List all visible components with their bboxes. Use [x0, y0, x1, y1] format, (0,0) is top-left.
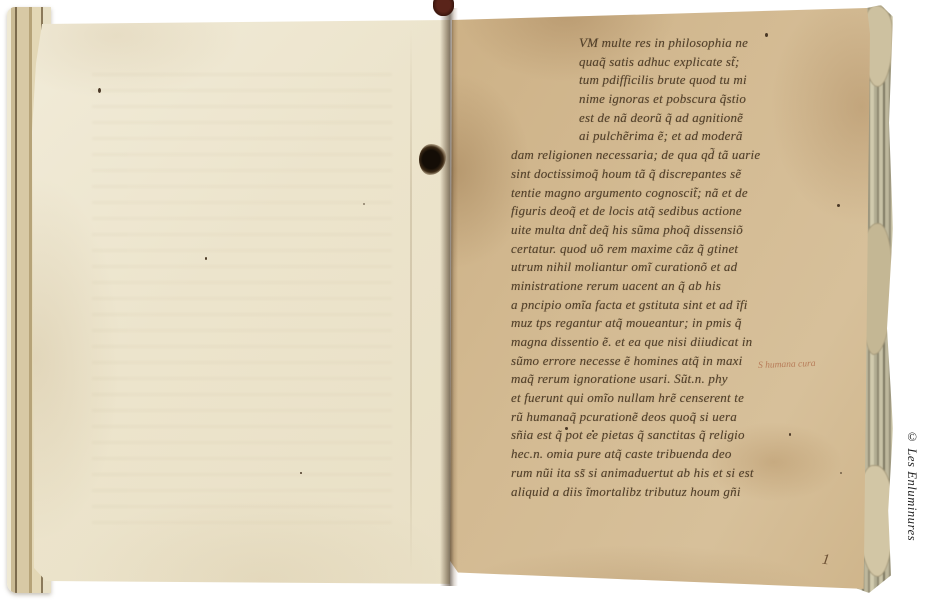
- flyspeck: [363, 203, 365, 205]
- gutter-shadow: [440, 8, 458, 586]
- text-line: magna dissentio ẽ. et ea que nisi diiudi…: [511, 333, 779, 352]
- text-line: ai pulchẽrima ẽ; et ad moderã: [511, 127, 779, 146]
- text-line: tum pdifficilis brute quod tu mi: [511, 71, 779, 90]
- folio-number: 1: [821, 552, 831, 570]
- text-line: sñia est q̃ pot ee pietas q̃ sanctitas q…: [511, 426, 779, 445]
- flyspeck: [592, 430, 594, 432]
- text-line: hec.n. omia pure atq̃ caste tribuenda de…: [511, 445, 779, 464]
- marginal-note: S humana cura: [758, 359, 816, 371]
- flyspeck: [840, 472, 842, 474]
- flyspeck: [205, 257, 207, 260]
- text-line: dam religionen necessaria; de qua qd̃ tã…: [511, 146, 779, 165]
- text-showthrough: [92, 73, 392, 533]
- text-line: uite multa dnt̃ deq̃ his sũma phoq̃ diss…: [511, 221, 779, 240]
- page-crease: [410, 28, 412, 573]
- flyspeck: [565, 427, 568, 430]
- text-line: VM multe res in philosophia ne: [511, 34, 779, 53]
- text-line: tentie magno argumento cognoscit̃; nã et…: [511, 184, 779, 203]
- flyspeck: [98, 88, 101, 93]
- text-line: sũmo errore necesse ẽ homines atq̃ in ma…: [511, 352, 779, 371]
- text-line: ministratione rerum uacent an q̃ ab his: [511, 277, 779, 296]
- text-line: figuris deoq̃ et de locis atq̃ sedibus a…: [511, 202, 779, 221]
- flyspeck: [789, 433, 791, 436]
- text-line: sint doctissimoq̃ houm tã q̃ discrepante…: [511, 165, 779, 184]
- flyspeck: [837, 204, 840, 207]
- text-line: quaq̃ satis adhuc explicate st̃;: [511, 53, 779, 72]
- text-line: maq̃ rerum ignoratione usari. Sũt.n. phy: [511, 370, 779, 389]
- text-line: muz tps regantur atq̃ moueantur; in pmis…: [511, 314, 779, 333]
- photo-stage: VM multe res in philosophia ne quaq̃ sat…: [0, 0, 929, 600]
- text-line: est de nã deorũ q̃ ad agnitionẽ: [511, 109, 779, 128]
- flyspeck: [300, 472, 302, 474]
- text-line: nime ignoras et pobscura q̃stio: [511, 90, 779, 109]
- left-page-blank: [32, 18, 450, 585]
- manuscript-book: VM multe res in philosophia ne quaq̃ sat…: [0, 0, 929, 600]
- text-line: certatur. quod uõ rem maxime cãz q̃ gtin…: [511, 240, 779, 259]
- text-line: rum nũi ita ss̃ si animaduertut ab his e…: [511, 464, 779, 483]
- headband: [433, 0, 454, 16]
- text-line: rũ humanaq̃ pcurationẽ deos quoq̃ si uer…: [511, 408, 779, 427]
- text-line: a pncipio omĩa facta et gstituta sint et…: [511, 296, 779, 315]
- flyspeck: [765, 33, 768, 37]
- right-page: VM multe res in philosophia ne quaq̃ sat…: [450, 8, 870, 590]
- manuscript-text-block: VM multe res in philosophia ne quaq̃ sat…: [511, 34, 779, 501]
- text-line: utrum nihil moliantur omĩ curationõ et a…: [511, 258, 779, 277]
- text-line: et fuerunt qui omĩo nullam hrẽ censerent…: [511, 389, 779, 408]
- copyright-watermark: © Les Enluminures: [897, 430, 919, 596]
- text-line: aliquid a diis ĩmortalibz tributuz houm …: [511, 483, 779, 502]
